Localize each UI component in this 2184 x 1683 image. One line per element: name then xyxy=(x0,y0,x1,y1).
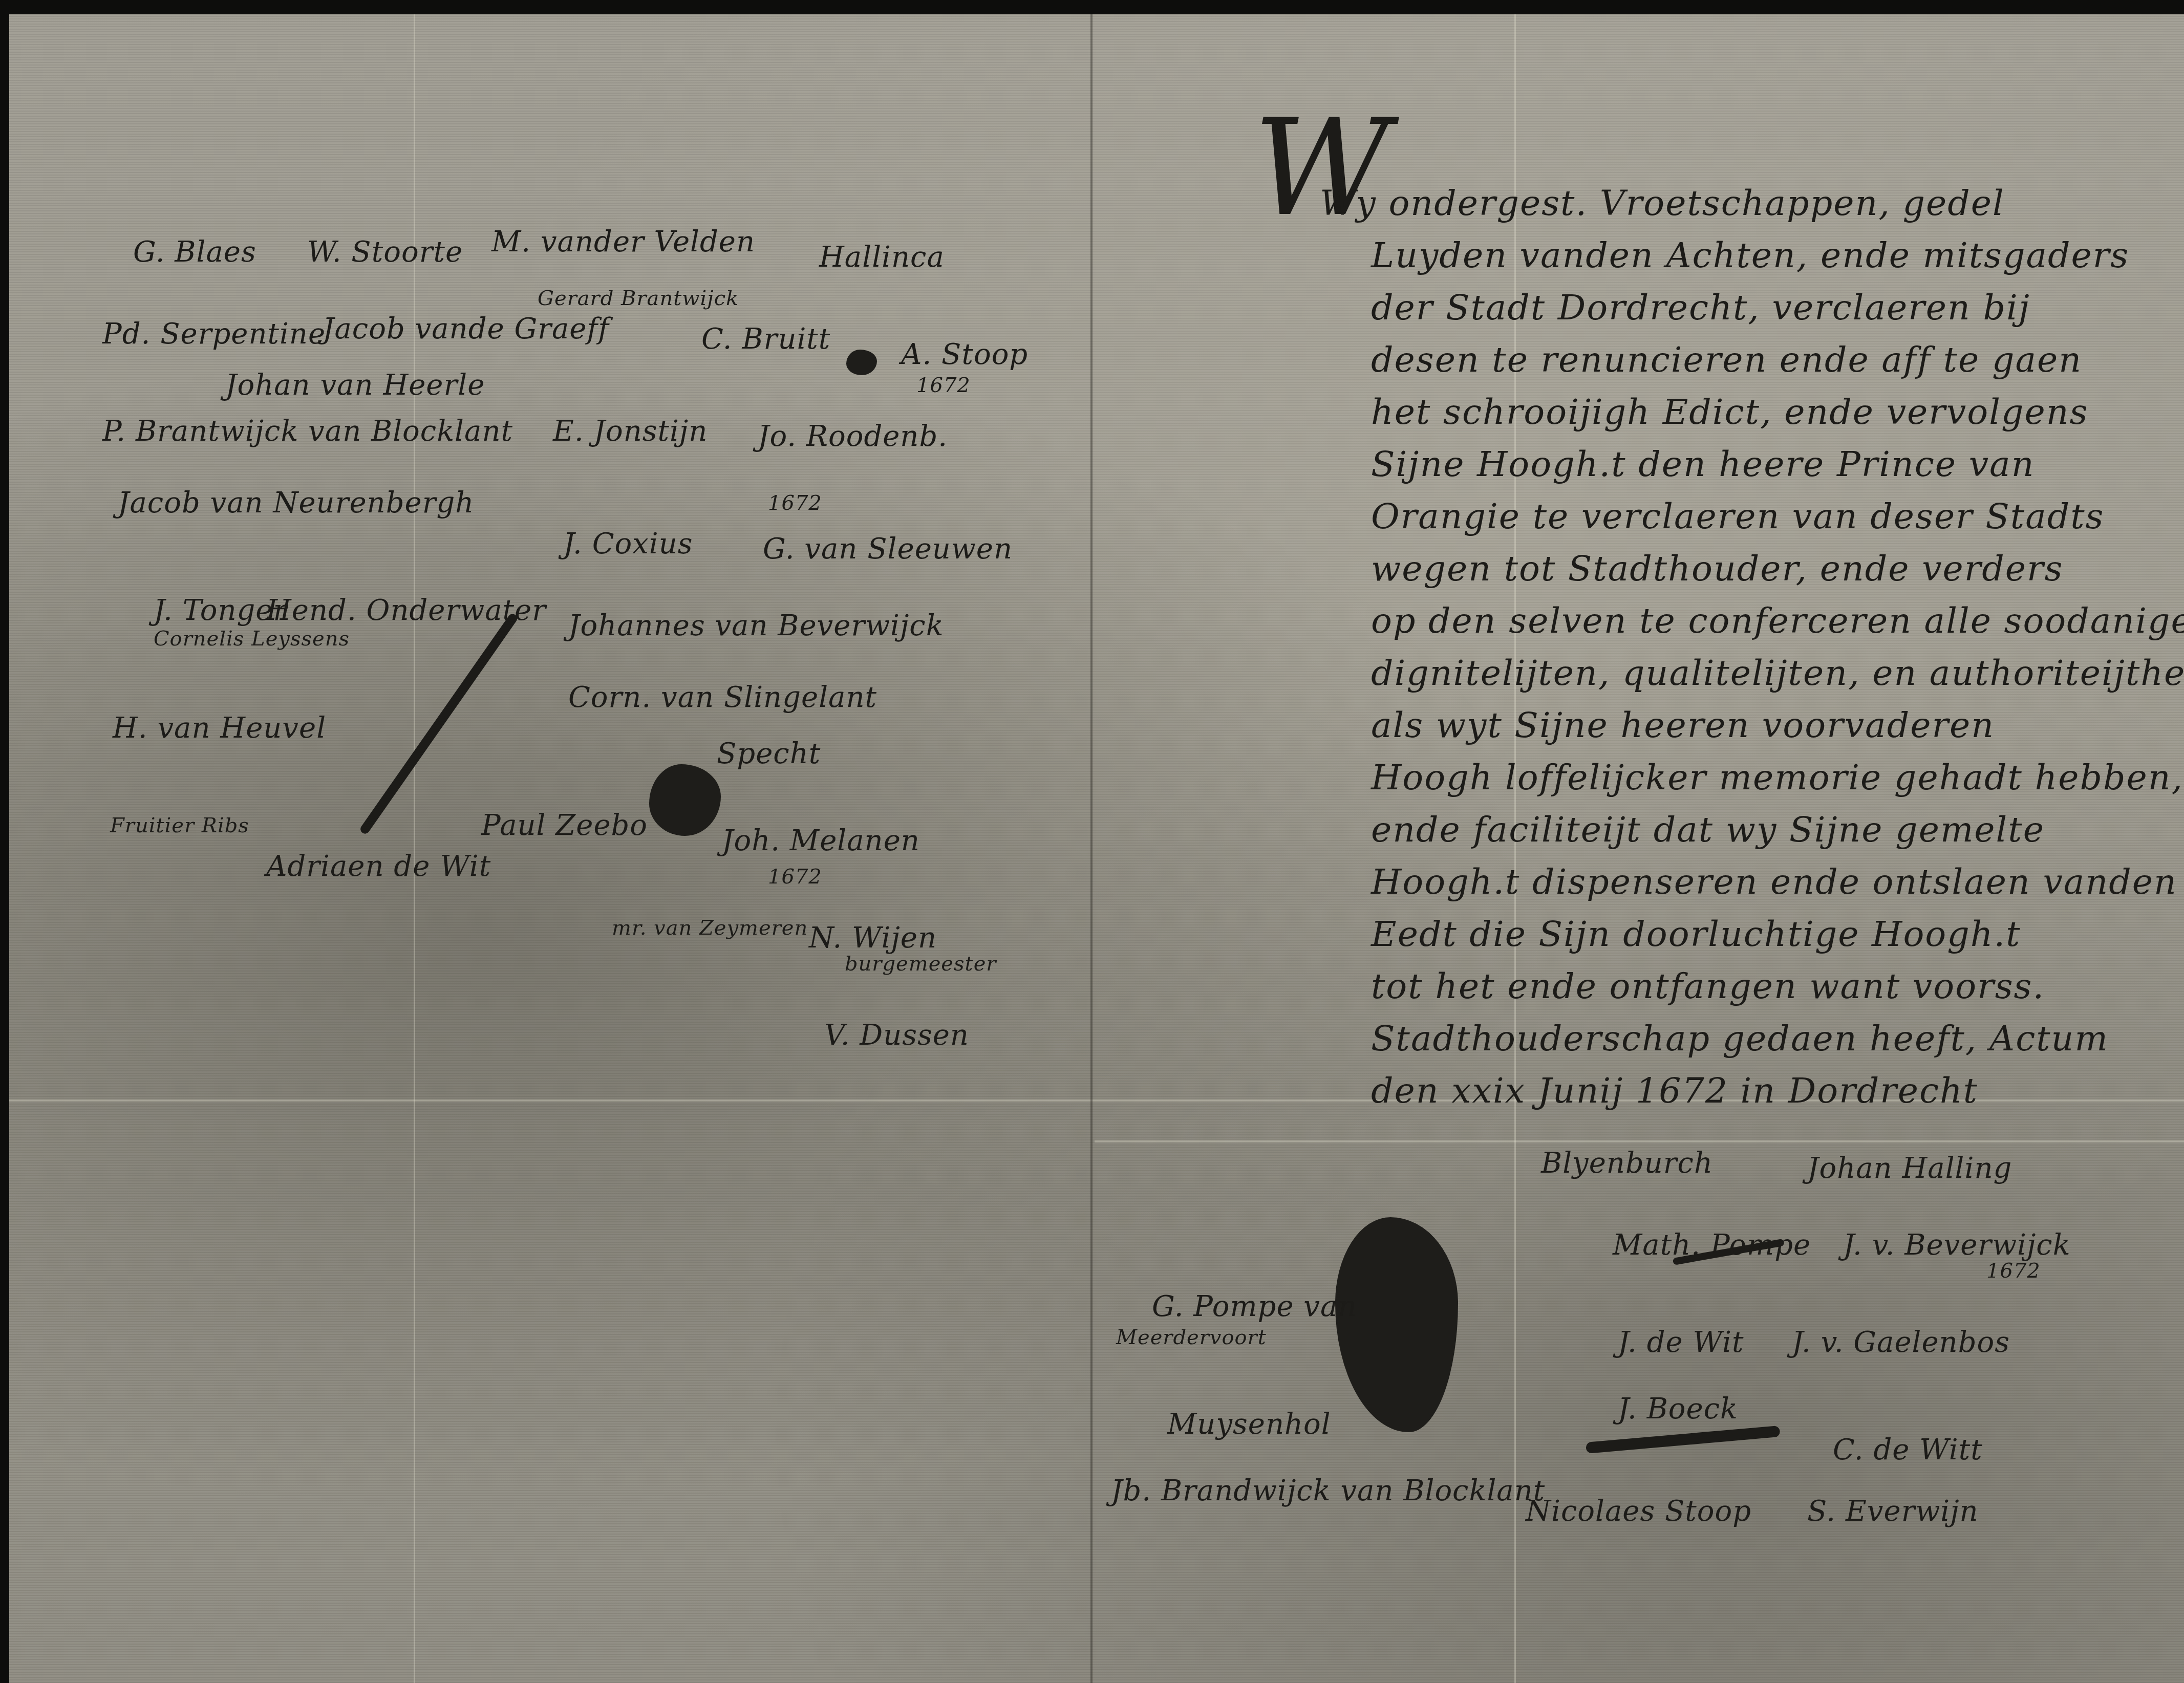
signature: Muysenhol xyxy=(1167,1408,1331,1441)
signature: Johannes van Beverwijck xyxy=(568,609,944,642)
signature: W. Stoorte xyxy=(307,235,463,269)
signature: H. van Heuvel xyxy=(113,711,326,745)
signature: G. Pompe van xyxy=(1152,1290,1357,1323)
signature: 1672 xyxy=(1986,1259,2041,1283)
signature: M. vander Velden xyxy=(491,225,755,258)
body-line: Hoogh loffelijcker memorie gehadt hebben… xyxy=(1371,758,2183,798)
signature: Jacob van Neurenbergh xyxy=(118,486,474,520)
manuscript-sheet: G. BlaesW. StoorteM. vander VeldenHallin… xyxy=(9,14,2184,1683)
signature: C. de Witt xyxy=(1833,1433,1983,1466)
signature: N. Wijen xyxy=(809,921,937,955)
signature: 1672 xyxy=(916,374,971,397)
signature: Meerdervoort xyxy=(1116,1326,1267,1349)
signature: Corn. van Slingelant xyxy=(568,681,877,714)
signature: S. Everwijn xyxy=(1807,1495,1979,1528)
signature: Joh. Melanen xyxy=(722,824,920,857)
signature: 1672 xyxy=(768,865,822,889)
signature: Jo. Roodenb. xyxy=(758,420,948,453)
signature: Adriaen de Wit xyxy=(266,850,491,883)
signature: Pd. Serpentine xyxy=(102,317,326,351)
signature: J. de Wit xyxy=(1618,1326,1744,1359)
body-line: Stadthouderschap gedaen heeft, Actum xyxy=(1371,1019,2109,1059)
body-line: Luyden vanden Achten, ende mitsgaders xyxy=(1371,235,2129,276)
ink-stroke xyxy=(359,612,519,835)
signature: Fruitier Ribs xyxy=(110,814,249,837)
body-line: Sijne Hoogh.t den heere Prince van xyxy=(1371,444,2035,485)
signature: G. van Sleeuwen xyxy=(763,532,1013,566)
signature: Cornelis Leyssens xyxy=(154,627,350,651)
signature: Johan van Heerle xyxy=(225,369,485,402)
body-line: der Stadt Dordrecht, verclaeren bij xyxy=(1371,288,2030,328)
page-divider xyxy=(1090,14,1093,1683)
ink-stroke xyxy=(1586,1426,1780,1454)
body-line: Eedt die Sijn doorluchtige Hoogh.t xyxy=(1371,914,2021,955)
body-line: op den selven te conferceren alle soodan… xyxy=(1371,601,2184,641)
signature: V. Dussen xyxy=(824,1019,969,1052)
signature: Math. Pompe xyxy=(1613,1228,1811,1262)
signature: Blyenburch xyxy=(1541,1147,1713,1180)
fold-line-horizontal xyxy=(1095,1140,2184,1142)
body-line: desen te renuncieren ende aff te gaen xyxy=(1371,340,2082,380)
signature: Johan Halling xyxy=(1807,1152,2012,1185)
body-line: tot het ende ontfangen want voorss. xyxy=(1371,966,2045,1007)
body-line: Hoogh.t dispenseren ende ontslaen vanden xyxy=(1371,862,2177,902)
signature: Paul Zeebo xyxy=(481,809,648,842)
ink-blot xyxy=(649,764,721,836)
signature: Hallinca xyxy=(819,241,945,274)
signature: J. v. Gaelenbos xyxy=(1792,1326,2010,1359)
body-line: den xxix Junij 1672 in Dordrecht xyxy=(1371,1071,1978,1111)
signature: J. v. Beverwijck xyxy=(1843,1228,2071,1262)
body-line: ende faciliteijt dat wy Sijne gemelte xyxy=(1371,810,2045,850)
signature: E. Jonstijn xyxy=(553,415,708,448)
signature: Specht xyxy=(717,737,821,770)
signature: C. Bruitt xyxy=(701,322,830,356)
signature: Nicolaes Stoop xyxy=(1526,1495,1751,1528)
body-line: Wy ondergest. Vroetschappen, gedel xyxy=(1320,183,2005,224)
signature: Hend. Onderwater xyxy=(266,594,546,627)
wax-seal xyxy=(1335,1217,1458,1432)
signature: mr. van Zeymeren xyxy=(612,916,808,940)
body-line: het schrooijigh Edict, ende vervolgens xyxy=(1371,392,2088,433)
signature: Jb. Brandwijck van Blocklant xyxy=(1111,1474,1545,1507)
body-line: wegen tot Stadthouder, ende verders xyxy=(1371,549,2063,589)
signature: A. Stoop xyxy=(901,338,1028,371)
body-line: Orangie te verclaeren van deser Stadts xyxy=(1371,497,2104,537)
signature: Jacob vande Graeff xyxy=(323,312,609,346)
signature: J. Coxius xyxy=(563,527,693,560)
signature: burgemeester xyxy=(845,952,996,976)
signature: Gerard Brantwijck xyxy=(538,287,739,310)
signature: G. Blaes xyxy=(133,235,256,269)
ink-blot xyxy=(846,350,877,375)
body-line: dignitelijten, qualitelijten, en authori… xyxy=(1371,653,2184,694)
signature: P. Brantwijck van Blocklant xyxy=(102,415,513,448)
signature: J. Boeck xyxy=(1618,1392,1738,1426)
signature: 1672 xyxy=(768,491,822,515)
body-line: als wyt Sijne heeren voorvaderen xyxy=(1371,705,1995,746)
